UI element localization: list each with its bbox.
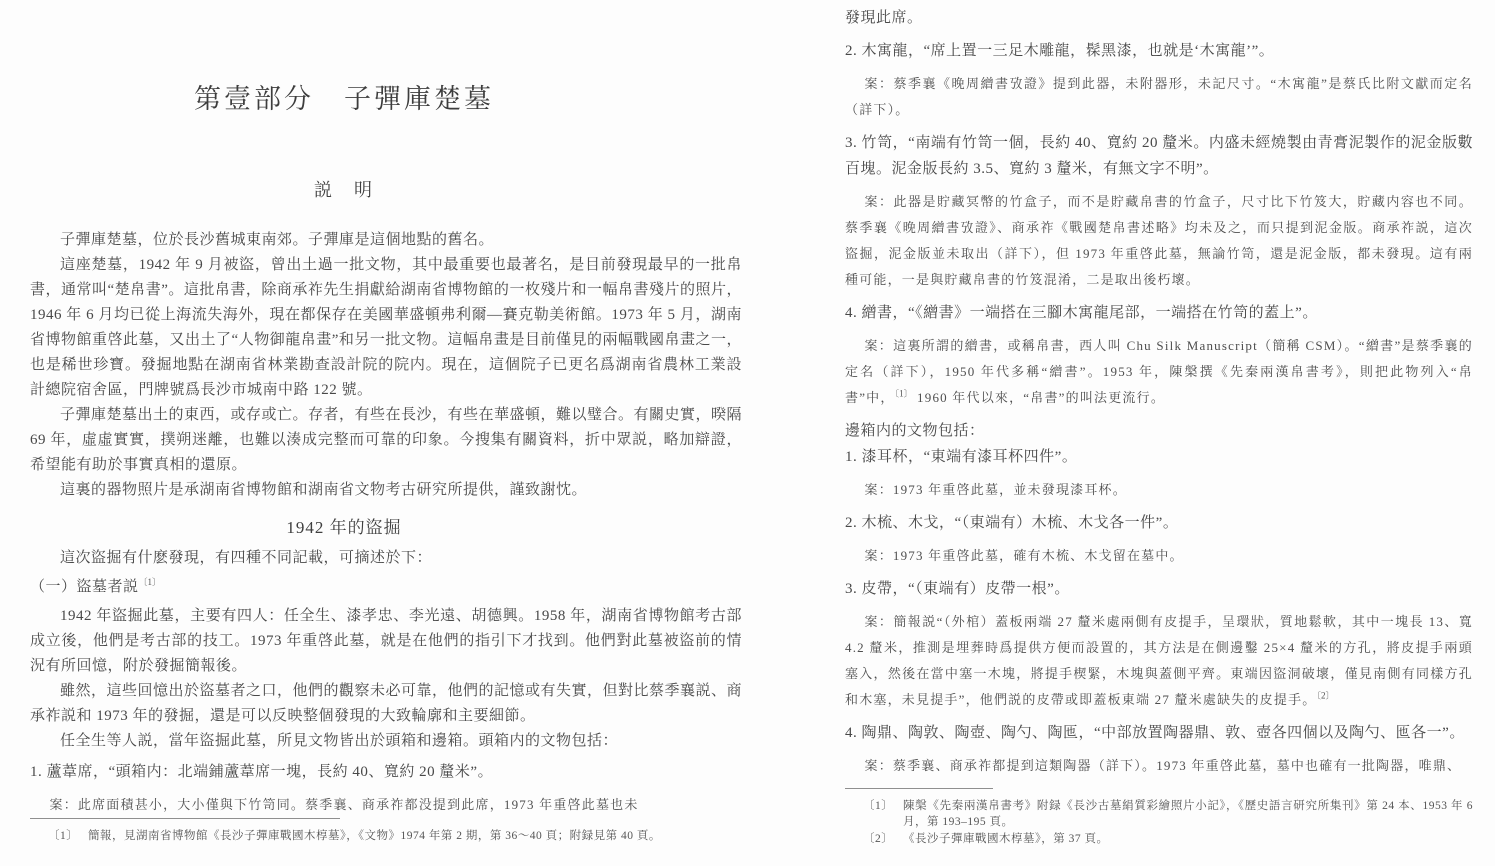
case-note: 案：此器是貯藏冥幣的竹盒子，而不是貯藏帛書的竹盒子，尺寸比下竹笈大，貯藏内容也不… bbox=[845, 189, 1473, 293]
footnote-marker: 〔2〕 bbox=[863, 831, 903, 847]
case-note: 案：蔡季襄《晚周繒書攷證》提到此器，未附器形，未記尺寸。“木寓龍”是蔡氏比附文獻… bbox=[845, 71, 1473, 123]
footnote-marker: 〔1〕 bbox=[48, 828, 88, 844]
numbered-item: 3. 皮帶，“（東端有）皮帶一根”。 bbox=[845, 576, 1473, 602]
paragraph: 子彈庫楚墓出土的東西，或存或亡。存者，有些在長沙，有些在華盛頓，難以璧合。有關史… bbox=[30, 403, 742, 478]
footnote-rule bbox=[845, 788, 993, 789]
footnote-text: 《長沙子彈庫戰國木椁墓》，第 37 頁。 bbox=[903, 831, 1473, 847]
footnote: 〔1〕簡報，見湖南省博物館《長沙子彈庫戰國木椁墓》，《文物》1974 年第 2 … bbox=[30, 828, 742, 844]
case-note-text: 1960 年代以來，“帛書”的叫法更流行。 bbox=[913, 390, 1165, 405]
page-left: 第壹部分 子彈庫楚墓 説 明 子彈庫楚墓，位於長沙舊城東南郊。子彈庫是這個地點的… bbox=[30, 0, 742, 817]
page-right: 發現此席。 2. 木寓龍，“席上置一三足木雕龍，髹黑漆，也就是‘木寓龍’”。 案… bbox=[845, 0, 1473, 779]
continuation-line: 發現此席。 bbox=[845, 5, 1473, 31]
list-heading-text: （一）盜墓者説 bbox=[30, 579, 139, 595]
paragraph: 這裏的器物照片是承湖南省博物館和湖南省文物考古研究所提供，謹致謝忱。 bbox=[30, 478, 742, 503]
footnote-ref: 〔1〕 bbox=[895, 389, 913, 399]
footnote-text: 簡報，見湖南省博物館《長沙子彈庫戰國木椁墓》，《文物》1974 年第 2 期，第… bbox=[88, 828, 742, 844]
paragraph: 1942 年盜掘此墓，主要有四人：任全生、漆孝忠、李光遠、胡德興。1958 年，… bbox=[30, 604, 742, 679]
numbered-item: 2. 木梳、木戈，“（東端有）木梳、木戈各一件”。 bbox=[845, 510, 1473, 536]
paragraph: 子彈庫楚墓，位於長沙舊城東南郊。子彈庫是這個地點的舊名。 bbox=[30, 228, 742, 253]
book-spread: 第壹部分 子彈庫楚墓 説 明 子彈庫楚墓，位於長沙舊城東南郊。子彈庫是這個地點的… bbox=[0, 0, 1495, 866]
footnote-ref: 〔1〕 bbox=[139, 577, 162, 587]
footnote: 〔1〕陳槃《先秦兩漢帛書考》附録《長沙古墓絹質彩繪照片小記》，《歷史語言研究所集… bbox=[845, 798, 1473, 830]
case-note: 案：這裏所謂的繒書，或稱帛書，西人叫 Chu Silk Manuscript（簡… bbox=[845, 333, 1473, 411]
numbered-item: 1. 漆耳杯，“東端有漆耳杯四件”。 bbox=[845, 444, 1473, 470]
case-note: 案：蔡季襄、商承祚都提到這類陶器（詳下）。1973 年重啓此墓，墓中也確有一批陶… bbox=[845, 753, 1473, 779]
numbered-item: 2. 木寓龍，“席上置一三足木雕龍，髹黑漆，也就是‘木寓龍’”。 bbox=[845, 38, 1473, 64]
footnote-block-left: 〔1〕簡報，見湖南省博物館《長沙子彈庫戰國木椁墓》，《文物》1974 年第 2 … bbox=[30, 818, 742, 844]
footnote-ref: 〔2〕 bbox=[1316, 691, 1334, 701]
case-note: 案：此席面積甚小，大小僅與下竹笥同。蔡季襄、商承祚都没提到此席，1973 年重啓… bbox=[30, 792, 742, 817]
footnote-block-right: 〔1〕陳槃《先秦兩漢帛書考》附録《長沙古墓絹質彩繪照片小記》，《歷史語言研究所集… bbox=[845, 788, 1473, 847]
paragraph: 雖然，這些回憶出於盜墓者之口，他們的觀察未必可靠，他們的記憶或有失實，但對比蔡季… bbox=[30, 679, 742, 729]
case-note: 案：1973 年重啓此墓，確有木梳、木戈留在墓中。 bbox=[845, 543, 1473, 569]
footnote-marker: 〔1〕 bbox=[863, 798, 903, 830]
case-note-text: 案：簡報説“（外棺）蓋板兩端 27 釐米處兩側有皮提手，呈環狀，質地鬆軟，其中一… bbox=[845, 614, 1473, 707]
section-heading-1942: 1942 年的盜掘 bbox=[0, 515, 700, 540]
numbered-item: 4. 陶鼎、陶敦、陶壺、陶勺、陶匜，“中部放置陶器鼎、敦、壺各四個以及陶勺、匜各… bbox=[845, 720, 1473, 746]
case-note: 案：簡報説“（外棺）蓋板兩端 27 釐米處兩側有皮提手，呈環狀，質地鬆軟，其中一… bbox=[845, 609, 1473, 713]
part-title: 第壹部分 子彈庫楚墓 bbox=[0, 82, 700, 116]
footnote-text: 陳槃《先秦兩漢帛書考》附録《長沙古墓絹質彩繪照片小記》，《歷史語言研究所集刊》第… bbox=[903, 798, 1473, 830]
paragraph: 這座楚墓，1942 年 9 月被盜，曾出土過一批文物，其中最重要也最著名，是目前… bbox=[30, 253, 742, 403]
footnote-rule bbox=[30, 818, 340, 819]
paragraph: 這次盜掘有什麽發現，有四種不同記載，可摘述於下： bbox=[30, 546, 742, 571]
paragraph: 邊箱内的文物包括： bbox=[845, 418, 1473, 444]
section-heading-shuoming: 説 明 bbox=[0, 178, 700, 202]
paragraph: 任全生等人説，當年盜掘此墓，所見文物皆出於頭箱和邊箱。頭箱内的文物包括： bbox=[30, 729, 742, 754]
numbered-item: 3. 竹笥，“南端有竹笥一個，長約 40、寬約 20 釐米。内盛未經燒製由青膏泥… bbox=[845, 130, 1473, 182]
numbered-item: 4. 繒書，“《繒書》一端搭在三腳木寓龍尾部，一端搭在竹笥的蓋上”。 bbox=[845, 300, 1473, 326]
numbered-item: 1. 蘆葦席，“頭箱内：北端鋪蘆葦席一塊，長約 40、寬約 20 釐米”。 bbox=[30, 760, 742, 785]
list-heading: （一）盜墓者説〔1〕 bbox=[30, 575, 742, 600]
case-note: 案：1973 年重啓此墓，並未發現漆耳杯。 bbox=[845, 477, 1473, 503]
footnote: 〔2〕《長沙子彈庫戰國木椁墓》，第 37 頁。 bbox=[845, 831, 1473, 847]
